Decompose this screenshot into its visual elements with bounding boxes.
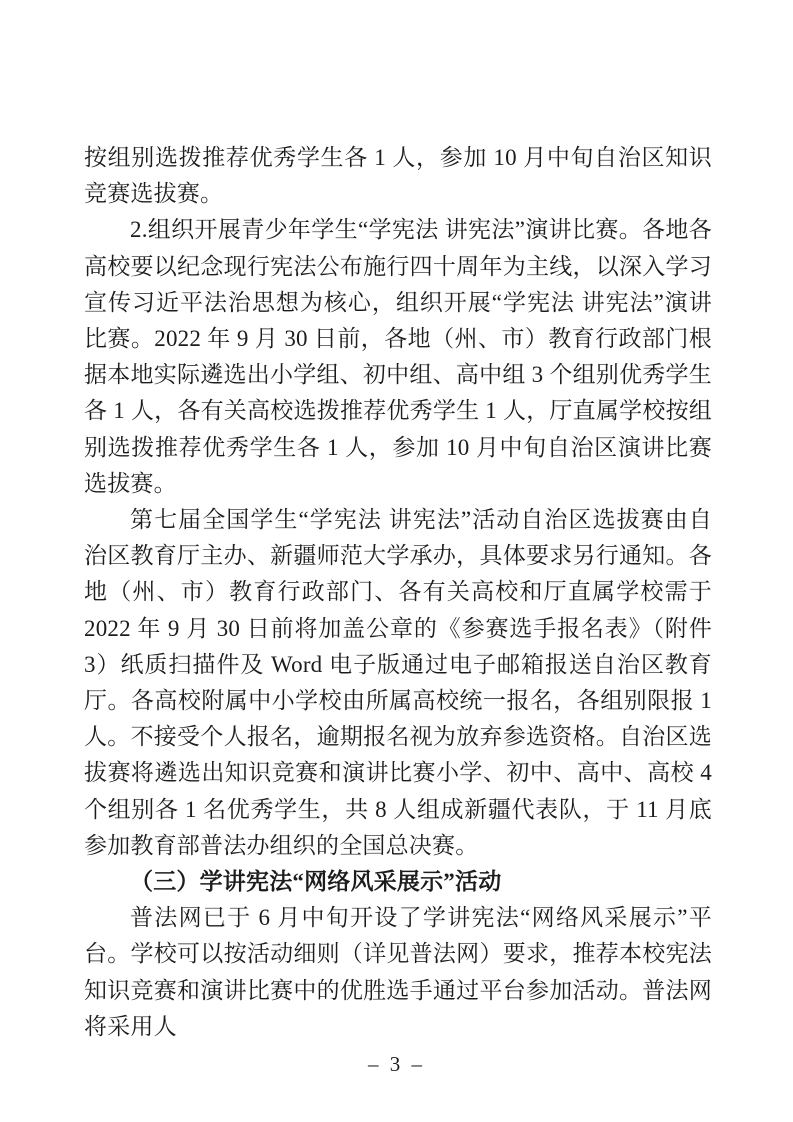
paragraph-speech-contest: 2.组织开展青少年学生“学宪法 讲宪法”演讲比赛。各地各高校要以纪念现行宪法公布… (84, 212, 712, 502)
document-page: 按组别选拨推荐优秀学生各 1 人，参加 10 月中旬自治区知识竞赛选拔赛。 2.… (0, 0, 793, 1122)
paragraph-continuation: 按组别选拨推荐优秀学生各 1 人，参加 10 月中旬自治区知识竞赛选拔赛。 (84, 140, 712, 212)
section-heading-online-showcase: （三）学讲宪法“网络风采展示”活动 (84, 864, 712, 900)
page-number: – 3 – (0, 1050, 793, 1078)
paragraph-selection-contest: 第七届全国学生“学宪法 讲宪法”活动自治区选拔赛由自治区教育厅主办、新疆师范大学… (84, 502, 712, 864)
document-body: 按组别选拨推荐优秀学生各 1 人，参加 10 月中旬自治区知识竞赛选拔赛。 2.… (84, 140, 712, 1045)
paragraph-online-platform: 普法网已于 6 月中旬开设了学讲宪法“网络风采展示”平台。学校可以按活动细则（详… (84, 900, 712, 1045)
